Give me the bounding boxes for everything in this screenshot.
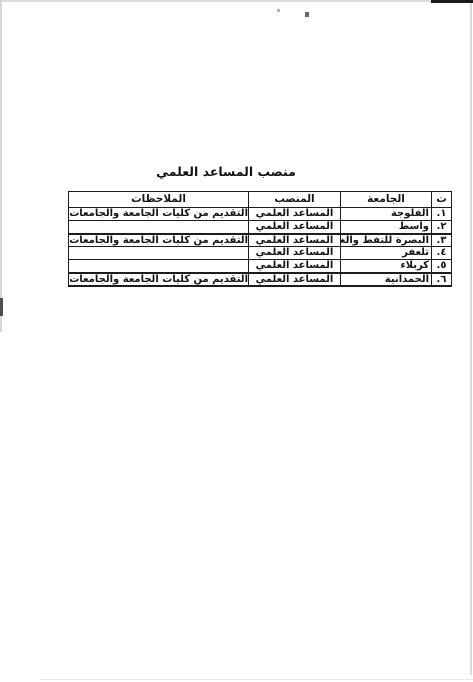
cell-no: ٢. (432, 221, 452, 234)
scan-mark-left (0, 298, 3, 316)
cell-no: ٣. (432, 234, 452, 247)
header-no: ت (432, 192, 452, 208)
page-title: منصب المساعد العلمي (106, 164, 346, 179)
cell-position: المساعد العلمي (249, 221, 341, 234)
header-notes: الملاحظات (69, 192, 249, 208)
header-position: المنصب (249, 192, 341, 208)
header-university: الجامعة (341, 192, 432, 208)
cell-no: ٦. (432, 273, 452, 287)
positions-table: ت الجامعة المنصب الملاحظات ١. الفلوجة ال… (68, 191, 452, 287)
table-row: ١. الفلوجة المساعد العلمي التقديم من كلي… (69, 208, 452, 221)
cell-notes: التقديم من كليات الجامعة والجامعات الاخر… (69, 273, 249, 287)
scan-edge-right (470, 3, 472, 675)
scan-mark-top-right (431, 0, 473, 3)
table-row: ٢. واسط المساعد العلمي (69, 221, 452, 234)
cell-university: واسط (341, 221, 432, 234)
cell-notes (69, 221, 249, 234)
cell-position: المساعد العلمي (249, 260, 341, 273)
scan-edge-bottom (40, 679, 473, 680)
cell-notes (69, 247, 249, 260)
cell-position: المساعد العلمي (249, 273, 341, 287)
scan-speck (305, 12, 309, 17)
table-row: ٥. كربلاء المساعد العلمي (69, 260, 452, 273)
table-row: ٦. الحمدانية المساعد العلمي التقديم من ك… (69, 273, 452, 287)
cell-notes: التقديم من كليات الجامعة والجامعات الأخر… (69, 234, 249, 247)
cell-no: ٤. (432, 247, 452, 260)
scan-edge-top (0, 0, 473, 2)
cell-notes: التقديم من كليات الجامعة والجامعات الاخر… (69, 208, 249, 221)
cell-position: المساعد العلمي (249, 247, 341, 260)
cell-university: الحمدانية (341, 273, 432, 287)
cell-university: الفلوجة (341, 208, 432, 221)
cell-university: البصرة للنفط والغاز (341, 234, 432, 247)
cell-position: المساعد العلمي (249, 208, 341, 221)
scan-edge-left (0, 0, 2, 332)
cell-no: ١. (432, 208, 452, 221)
cell-notes (69, 260, 249, 273)
cell-university: تلعفر (341, 247, 432, 260)
cell-university: كربلاء (341, 260, 432, 273)
table-header-row: ت الجامعة المنصب الملاحظات (69, 192, 452, 208)
scan-speck (277, 9, 280, 12)
table-row: ٣. البصرة للنفط والغاز المساعد العلمي ال… (69, 234, 452, 247)
cell-no: ٥. (432, 260, 452, 273)
table-row: ٤. تلعفر المساعد العلمي (69, 247, 452, 260)
document-page: منصب المساعد العلمي ت الجامعة المنصب الم… (0, 0, 473, 682)
cell-position: المساعد العلمي (249, 234, 341, 247)
